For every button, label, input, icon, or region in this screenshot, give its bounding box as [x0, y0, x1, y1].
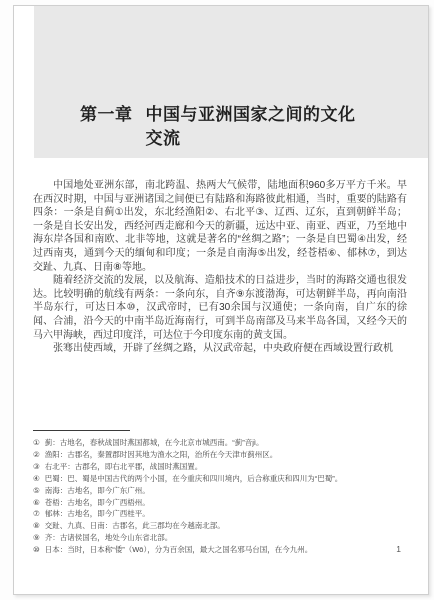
footnote-text: 蓟：古地名，春秋战国时燕国都城，在今北京市城西南。“蓟”音jì。	[45, 437, 407, 449]
footnote-text: 日本：当时，日本称“倭”（Wō），分为百余国，最大之国名邪马台国，在今九州。	[45, 544, 407, 556]
footnote-text: 齐：古诸侯国名，地处今山东省北部。	[45, 532, 407, 544]
footnote-marker: ⑧	[33, 520, 40, 532]
footnote-area: ① 蓟：古地名，春秋战国时燕国都城，在今北京市城西南。“蓟”音jì。 ② 渔阳：…	[33, 430, 407, 556]
footnote-text: 苍梧：古地名，即今广西梧州。	[45, 497, 407, 509]
chapter-title-row: 第一章 中国与亚洲国家之间的文化交流	[80, 103, 428, 151]
footnote-marker: ⑦	[33, 508, 40, 520]
footnote-marker: ⑩	[33, 544, 40, 556]
footnote-text: 渔阳：古郡名，秦置郡时因其地为渔水之阳，治所在今天津市蓟州区。	[45, 449, 407, 461]
footnote-text: 南海：古地名，即今广东广州。	[45, 485, 407, 497]
footnote-marker: ⑤	[33, 485, 40, 497]
footnote-marker: ⑨	[33, 532, 40, 544]
footnote-item: ⑩ 日本：当时，日本称“倭”（Wō），分为百余国，最大之国名邪马台国，在今九州。	[33, 544, 407, 556]
footnote-item: ③ 右北平：古郡名，即右北平郡，战国时燕国置。	[33, 461, 407, 473]
footnote-item: ⑥ 苍梧：古地名，即今广西梧州。	[33, 497, 407, 509]
footnote-separator	[33, 430, 130, 431]
footnote-marker: ②	[33, 449, 40, 461]
footnote-text: 巴蜀：巴、蜀是中国古代的两个小国，在今重庆和四川境内，后合称重庆和四川为“巴蜀”…	[45, 473, 407, 485]
footnote-item: ④ 巴蜀：巴、蜀是中国古代的两个小国，在今重庆和四川境内，后合称重庆和四川为“巴…	[33, 473, 407, 485]
footnote-item: ② 渔阳：古郡名，秦置郡时因其地为渔水之阳，治所在今天津市蓟州区。	[33, 449, 407, 461]
footnote-item: ⑦ 郁林：古地名，即今广西桂平。	[33, 508, 407, 520]
page-number: 1	[396, 544, 401, 554]
footnote-item: ⑨ 齐：古诸侯国名，地处今山东省北部。	[33, 532, 407, 544]
footnote-marker: ①	[33, 437, 40, 449]
footnote-item: ⑧ 交趾、九真、日南：古郡名，此三郡均在今越南北部。	[33, 520, 407, 532]
document-page: 第一章 中国与亚洲国家之间的文化交流 中国地处亚洲东部，南北跨温、热两大气候带，…	[13, 5, 429, 595]
paragraph-3: 张骞出使西域，开辟了丝绸之路，从汉武帝起，中央政府便在西域设置行政机	[33, 342, 407, 356]
footnote-marker: ⑥	[33, 497, 40, 509]
footnote-text: 交趾、九真、日南：古郡名，此三郡均在今越南北部。	[45, 520, 407, 532]
chapter-title: 中国与亚洲国家之间的文化交流	[146, 103, 362, 151]
footnote-marker: ④	[33, 473, 40, 485]
paragraph-1: 中国地处亚洲东部，南北跨温、热两大气候带，陆地面积960多万平方千米。早在西汉时…	[33, 179, 407, 274]
footnote-text: 郁林：古地名，即今广西桂平。	[45, 508, 407, 520]
body-text: 中国地处亚洲东部，南北跨温、热两大气候带，陆地面积960多万平方千米。早在西汉时…	[33, 179, 407, 356]
footnote-text: 右北平：古郡名，即右北平郡，战国时燕国置。	[45, 461, 407, 473]
footnote-marker: ③	[33, 461, 40, 473]
paragraph-2: 随着经济交流的发展，以及航海、造船技术的日益进步，当时的海路交通也很发达。比较明…	[33, 274, 407, 342]
footnote-item: ① 蓟：古地名，春秋战国时燕国都城，在今北京市城西南。“蓟”音jì。	[33, 437, 407, 449]
chapter-number: 第一章	[80, 103, 133, 151]
chapter-header: 第一章 中国与亚洲国家之间的文化交流	[34, 6, 428, 158]
footnote-item: ⑤ 南海：古地名，即今广东广州。	[33, 485, 407, 497]
